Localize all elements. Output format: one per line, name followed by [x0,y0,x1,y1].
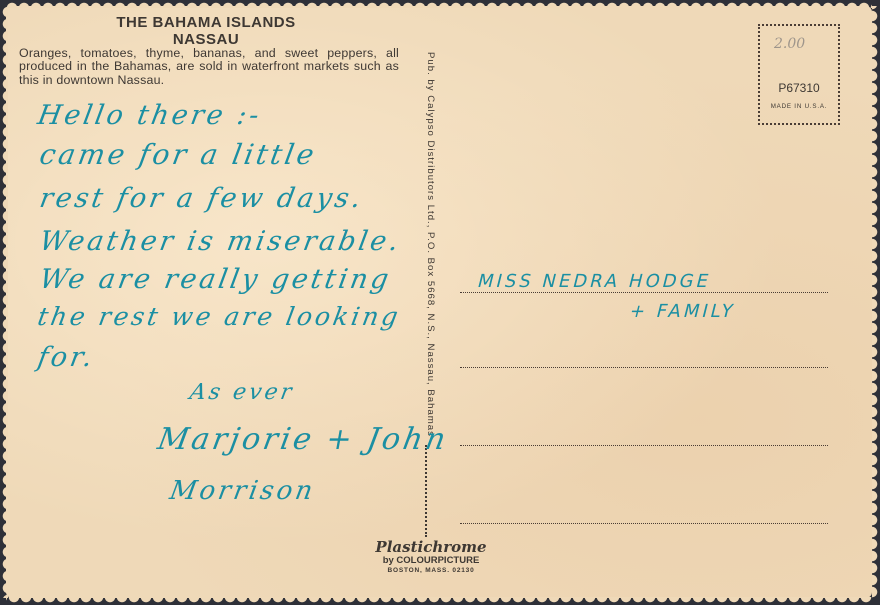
scalloped-edge-top [6,0,872,8]
address-rule [460,445,828,446]
colourpicture-label: by COLOURPICTURE [371,555,491,566]
message-line: rest for a few days. [37,183,366,214]
caption-title: THE BAHAMA ISLANDS NASSAU [0,14,412,48]
printer-logo: Plastichrome by COLOURPICTURE BOSTON, MA… [371,540,491,575]
address-line-2: + FAMILY [627,301,738,322]
message-line: came for a little [37,138,319,171]
scalloped-edge-left [0,6,8,598]
caption-title-line1: THE BAHAMA ISLANDS [0,14,412,31]
printer-address: BOSTON, MASS. 02130 [371,566,491,575]
stamp-box: 2.00 P67310 MADE IN U.S.A. [758,24,840,125]
center-divider [425,445,427,537]
signature: Marjorie + John [155,422,451,457]
address-rule [460,367,828,368]
made-in-label: MADE IN U.S.A. [760,103,838,110]
scalloped-edge-right [872,6,880,598]
message-line: for. [35,342,97,373]
message-line: Hello there :- [35,100,264,131]
address-rule [460,292,828,293]
message-line: We are really getting [37,264,394,295]
message-line: the rest we are looking [35,302,403,331]
message-closing: As ever [188,380,297,405]
signature-surname: Morrison [167,476,317,506]
pencil-price: 2.00 [774,36,805,52]
publisher-credit: Pub. by Calypso Distributors Ltd., P.O. … [425,52,436,437]
message-line: Weather is miserable. [37,226,403,257]
address-rule [460,523,828,524]
caption-description: Oranges, tomatoes, thyme, bananas, and s… [19,47,399,87]
scalloped-edge-bottom [6,597,872,605]
card-code: P67310 [760,81,838,95]
plastichrome-brand: Plastichrome [371,540,491,555]
address-line-1: MISS NEDRA HODGE [475,271,713,292]
